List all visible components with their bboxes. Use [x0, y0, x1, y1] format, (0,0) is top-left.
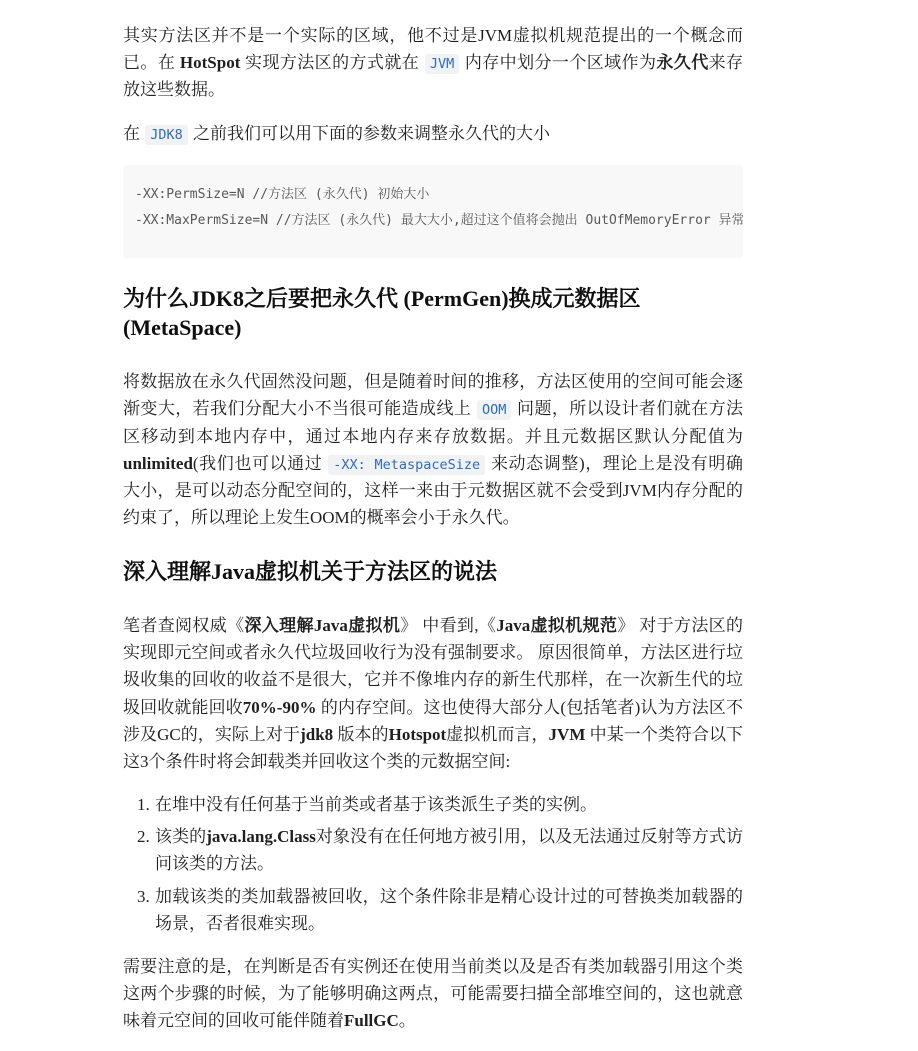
- bold-text: Hotspot: [389, 725, 447, 744]
- code-block-text: -XX:PermSize=N //方法区 (永久代) 初始大小 -XX:MaxP…: [135, 182, 731, 234]
- text-run: 虚拟机而言，: [446, 725, 548, 744]
- code-block-permsize-params: -XX:PermSize=N //方法区 (永久代) 初始大小 -XX:MaxP…: [123, 165, 743, 258]
- paragraph-book-reference: 笔者查阅权威《深入理解Java虚拟机》 中看到,《Java虚拟机规范》 对于方法…: [123, 612, 743, 775]
- heading-jvm-book-method-area: 深入理解Java虚拟机关于方法区的说法: [123, 557, 743, 587]
- heading-why-metaspace: 为什么JDK8之后要把永久代 (PermGen)换成元数据区(MetaSpace…: [123, 284, 743, 343]
- text-run: 。: [399, 1011, 416, 1030]
- text-run: 该类的: [155, 827, 206, 846]
- text-run: 之前我们可以用下面的参数来调整永久代的大小: [189, 124, 550, 143]
- inline-code: OOM: [477, 400, 511, 420]
- bold-text: JVM: [549, 725, 586, 744]
- paragraph-metaspace-explanation: 将数据放在永久代固然没问题，但是随着时间的推移，方法区使用的空间可能会逐渐变大，…: [123, 368, 743, 531]
- paragraph-method-area-intro: 其实方法区并不是一个实际的区域，他不过是JVM虚拟机规范提出的一个概念而已。在 …: [123, 22, 743, 104]
- list-item: 加载该类的类加载器被回收，这个条件除非是精心设计过的可替换类加载器的场景，否者很…: [154, 883, 743, 937]
- text-run: 需要注意的是，在判断是否有实例还在使用当前类以及是否有类加载器引用这个类这两个步…: [123, 957, 743, 1030]
- text-run: 加载该类的类加载器被回收，这个条件除非是精心设计过的可替换类加载器的场景，否者很…: [155, 887, 743, 933]
- bold-text: 深入理解Java虚拟机: [244, 616, 400, 635]
- text-run: (我们也可以通过: [193, 454, 327, 473]
- text-run: 》 中看到,《: [400, 616, 496, 635]
- bold-text: jdk8: [300, 725, 333, 744]
- bold-text: unlimited: [123, 454, 193, 473]
- text-run: 笔者查阅权威《: [123, 616, 244, 635]
- text-run: 在堆中没有任何基于当前类或者基于该类派生子类的实例。: [155, 795, 597, 814]
- inline-code: JDK8: [145, 125, 188, 145]
- bold-text: 永久代: [656, 53, 708, 72]
- class-unload-conditions-list: 在堆中没有任何基于当前类或者基于该类派生子类的实例。该类的java.lang.C…: [123, 791, 743, 937]
- paragraph-jdk8-params-intro: 在 JDK8 之前我们可以用下面的参数来调整永久代的大小: [123, 120, 743, 147]
- list-item: 该类的java.lang.Class对象没有在任何地方被引用，以及无法通过反射等…: [154, 823, 743, 877]
- list-item: 在堆中没有任何基于当前类或者基于该类派生子类的实例。: [154, 791, 743, 818]
- article-content: 其实方法区并不是一个实际的区域，他不过是JVM虚拟机规范提出的一个概念而已。在 …: [123, 0, 743, 1035]
- inline-code: JVM: [425, 54, 459, 74]
- bold-text: Java虚拟机规范: [496, 616, 617, 635]
- bold-text: java.lang.Class: [206, 827, 316, 846]
- inline-code: -XX: MetaspaceSize: [328, 455, 485, 475]
- bold-text: FullGC: [344, 1011, 399, 1030]
- text-run: 版本的: [333, 725, 388, 744]
- bold-text: 70%-90%: [243, 698, 317, 717]
- text-run: 在: [123, 124, 144, 143]
- paragraph-fullgc-note: 需要注意的是，在判断是否有实例还在使用当前类以及是否有类加载器引用这个类这两个步…: [123, 953, 743, 1035]
- bold-text: HotSpot: [180, 53, 240, 72]
- text-run: 内存中划分一个区域作为: [460, 53, 656, 72]
- text-run: 实现方法区的方式就在: [240, 53, 423, 72]
